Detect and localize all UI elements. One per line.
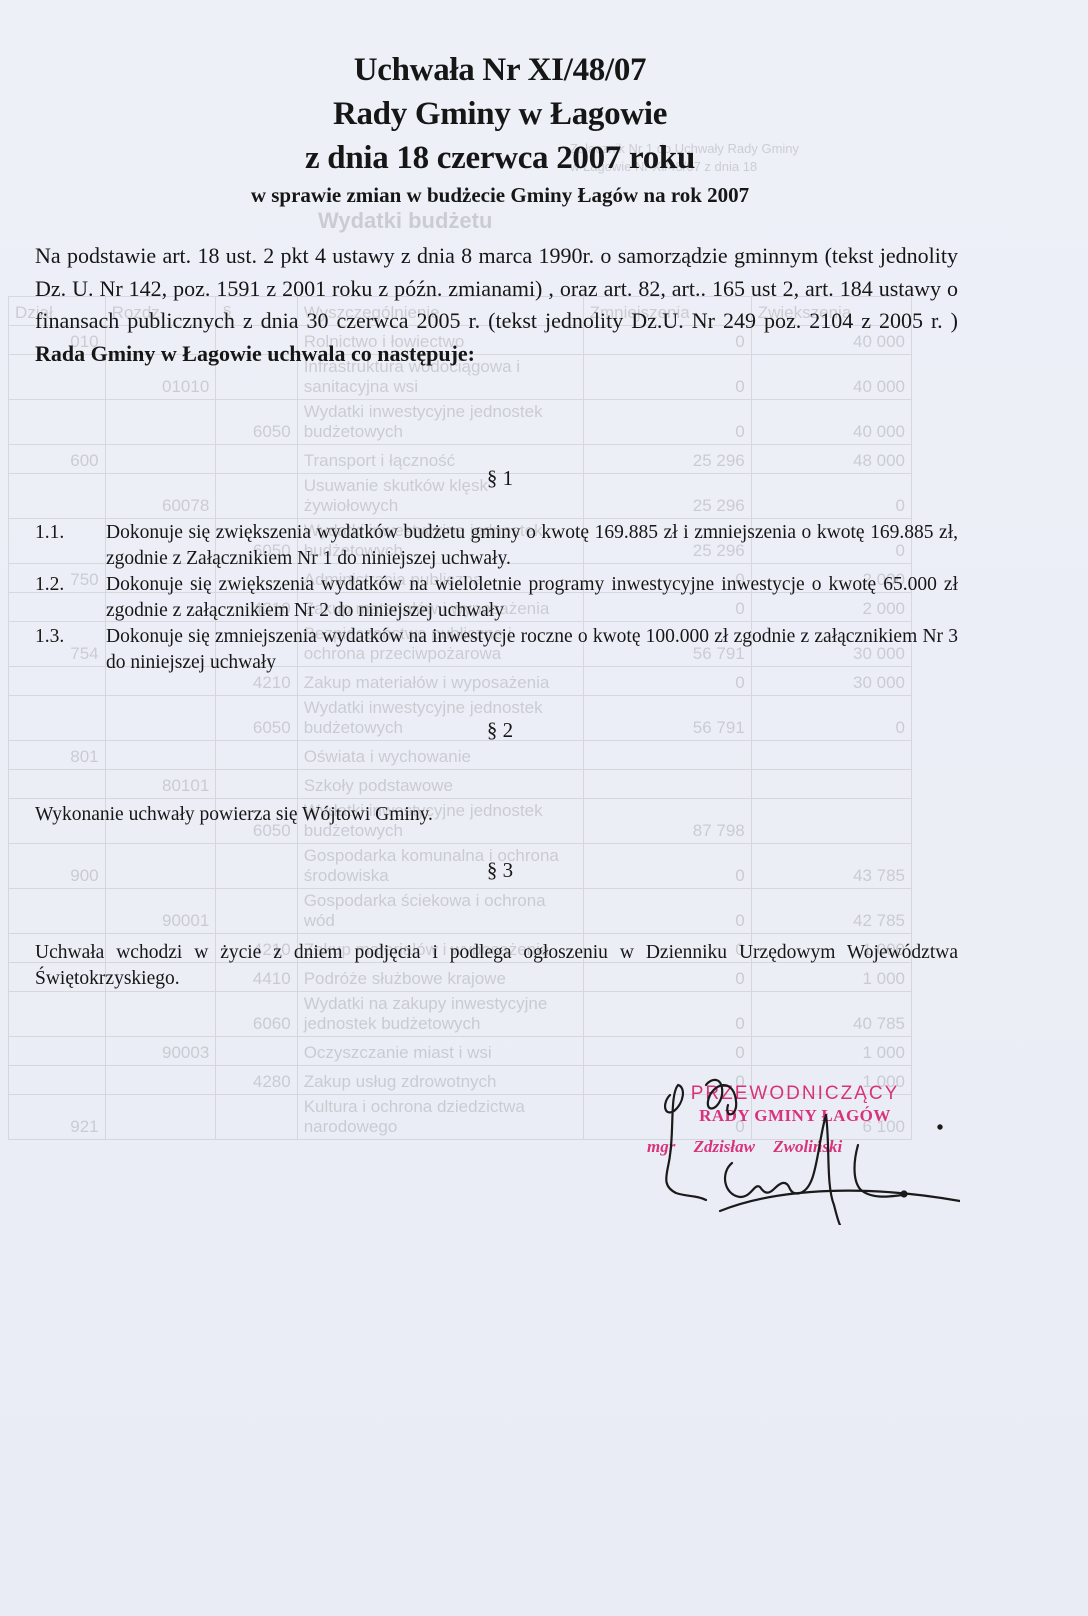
list-item: 1.2. Dokonuje się zwiększenia wydatków n… — [35, 572, 958, 624]
section-2-text: Wykonanie uchwały powierza się Wójtowi G… — [35, 802, 958, 828]
title-date: z dnia 18 czerwca 2007 roku — [0, 136, 1000, 180]
signature-icon — [640, 1055, 960, 1225]
table-cell: 0 — [583, 400, 751, 445]
table-cell: 4280 — [216, 1066, 297, 1095]
table-cell — [105, 741, 216, 770]
preamble-bold-text: Rada Gminy w Łagowie uchwala co następuj… — [35, 341, 475, 366]
table-row: 6050Wydatki inwestycyjne jednostek budże… — [9, 400, 912, 445]
title-resolution-number: Uchwała Nr XI/48/07 — [0, 48, 1000, 92]
item-text: Dokonuje się zwiększenia wydatków budżet… — [106, 520, 958, 572]
bleed-through-title: Wydatki budżetu — [318, 208, 492, 234]
item-text: Dokonuje się zmniejszenia wydatków na in… — [106, 624, 958, 676]
table-cell: Oświata i wychowanie — [297, 741, 583, 770]
table-cell — [105, 400, 216, 445]
table-cell: 6060 — [216, 992, 297, 1037]
list-item: 1.1. Dokonuje się zwiększenia wydatków b… — [35, 520, 958, 572]
table-cell — [105, 1066, 216, 1095]
table-cell — [9, 1066, 106, 1095]
item-text: Dokonuje się zwiększenia wydatków na wie… — [106, 572, 958, 624]
preamble-text: Na podstawie art. 18 ust. 2 pkt 4 ustawy… — [35, 243, 958, 333]
section-3-sign: § 3 — [0, 858, 1000, 883]
table-cell: Kultura i ochrona dziedzictwa narodowego — [297, 1095, 583, 1140]
table-cell: 801 — [9, 741, 106, 770]
table-cell — [751, 741, 911, 770]
table-cell — [216, 1037, 297, 1066]
table-cell: Wydatki inwestycyjne jednostek budżetowy… — [297, 400, 583, 445]
scanned-page: Załącznik Nr 1 do Uchwały Rady Gminy w Ł… — [0, 0, 1088, 1616]
table-cell: Oczyszczanie miast i wsi — [297, 1037, 583, 1066]
table-cell: Gospodarka ściekowa i ochrona wód — [297, 889, 583, 934]
section-3-text: Uchwała wchodzi w życie z dniem podjęcia… — [35, 940, 958, 992]
item-number: 1.3. — [35, 624, 106, 676]
table-cell: Szkoły podstawowe — [297, 770, 583, 799]
table-cell: 90001 — [105, 889, 216, 934]
table-cell: Zakup usług zdrowotnych — [297, 1066, 583, 1095]
title-council: Rady Gminy w Łagowie — [0, 92, 1000, 136]
table-cell — [751, 770, 911, 799]
table-cell: 6050 — [216, 400, 297, 445]
document-subtitle: w sprawie zmian w budżecie Gminy Łagów n… — [0, 180, 1000, 210]
table-cell: Wydatki na zakupy inwestycyjne jednostek… — [297, 992, 583, 1037]
table-cell — [105, 1095, 216, 1140]
table-cell: 42 785 — [751, 889, 911, 934]
table-cell: 0 — [583, 992, 751, 1037]
table-cell — [105, 992, 216, 1037]
section-1-items: 1.1. Dokonuje się zwiększenia wydatków b… — [35, 520, 958, 676]
list-item: 1.3. Dokonuje się zmniejszenia wydatków … — [35, 624, 958, 676]
table-row: 80101Szkoły podstawowe — [9, 770, 912, 799]
table-row: 90001Gospodarka ściekowa i ochrona wód04… — [9, 889, 912, 934]
table-cell — [9, 400, 106, 445]
table-cell — [9, 770, 106, 799]
table-cell — [583, 741, 751, 770]
table-cell — [216, 889, 297, 934]
table-cell: 921 — [9, 1095, 106, 1140]
table-cell: 40 785 — [751, 992, 911, 1037]
table-row: 6060Wydatki na zakupy inwestycyjne jedno… — [9, 992, 912, 1037]
table-cell — [216, 770, 297, 799]
table-cell: 80101 — [105, 770, 216, 799]
table-row: 801Oświata i wychowanie — [9, 741, 912, 770]
item-number: 1.2. — [35, 572, 106, 624]
table-cell — [9, 889, 106, 934]
table-cell: 90003 — [105, 1037, 216, 1066]
table-cell — [216, 741, 297, 770]
table-cell — [9, 992, 106, 1037]
table-cell — [216, 1095, 297, 1140]
section-1-sign: § 1 — [0, 466, 1000, 491]
preamble: Na podstawie art. 18 ust. 2 pkt 4 ustawy… — [35, 240, 958, 370]
table-cell: 40 000 — [751, 400, 911, 445]
section-2-sign: § 2 — [0, 718, 1000, 743]
table-cell — [583, 770, 751, 799]
item-number: 1.1. — [35, 520, 106, 572]
table-cell — [9, 1037, 106, 1066]
table-cell: 0 — [583, 889, 751, 934]
document-title-block: Uchwała Nr XI/48/07 Rady Gminy w Łagowie… — [0, 48, 1000, 210]
